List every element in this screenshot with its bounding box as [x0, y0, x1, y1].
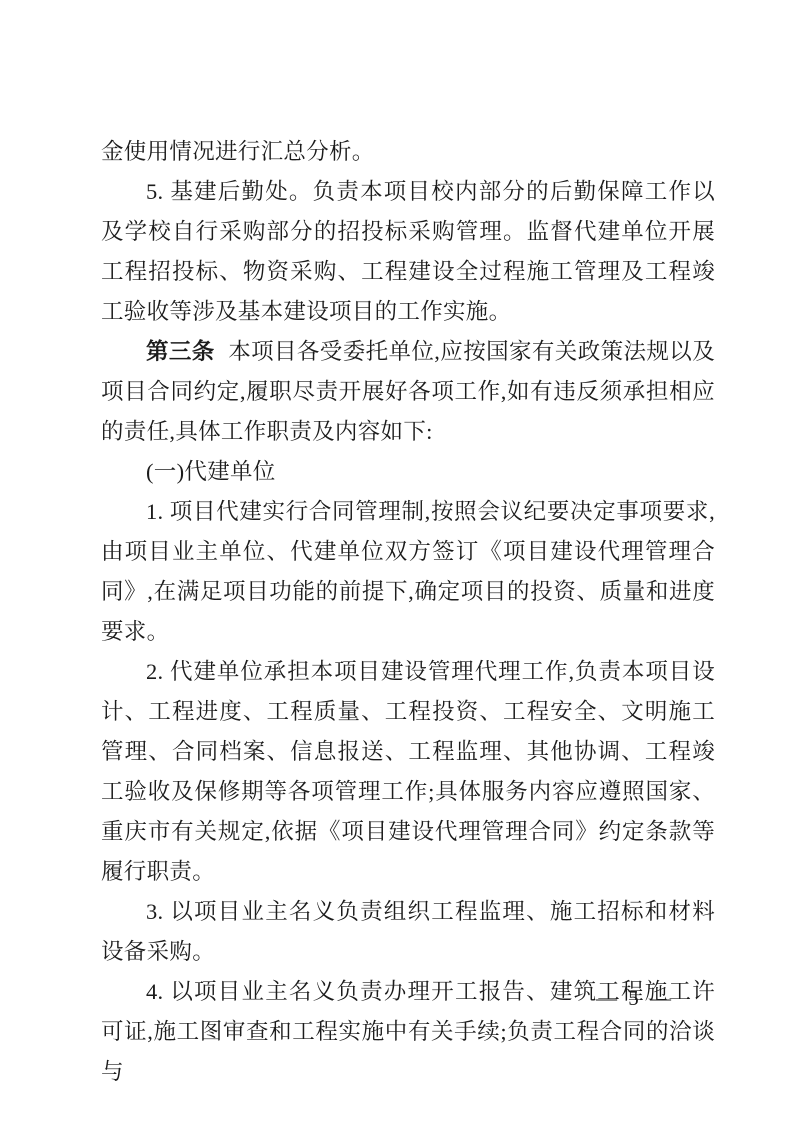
- body-paragraph-item-1: 1. 项目代建实行合同管理制,按照会议纪要决定事项要求,由项目业主单位、代建单位…: [101, 492, 715, 652]
- body-paragraph-article-3: 第三条本项目各受委托单位,应按国家有关政策法规以及项目合同约定,履职尽责开展好各…: [101, 332, 715, 452]
- body-paragraph-item-2: 2. 代建单位承担本项目建设管理代理工作,负责本项目设计、工程进度、工程质量、工…: [101, 652, 715, 892]
- document-page: 金使用情况进行汇总分析。 5. 基建后勤处。负责本项目校内部分的后勤保障工作以及…: [0, 0, 794, 1123]
- body-paragraph-item-5: 5. 基建后勤处。负责本项目校内部分的后勤保障工作以及学校自行采购部分的招投标采…: [101, 172, 715, 332]
- body-paragraph-item-3: 3. 以项目业主名义负责组织工程监理、施工招标和材料设备采购。: [101, 892, 715, 972]
- page-number: — 5 —: [596, 983, 674, 1013]
- document-body: 金使用情况进行汇总分析。 5. 基建后勤处。负责本项目校内部分的后勤保障工作以及…: [101, 132, 715, 1092]
- body-paragraph-section-1-heading: (一)代建单位: [101, 452, 715, 492]
- article-number-label: 第三条: [146, 339, 215, 364]
- body-paragraph-continuation: 金使用情况进行汇总分析。: [101, 132, 715, 172]
